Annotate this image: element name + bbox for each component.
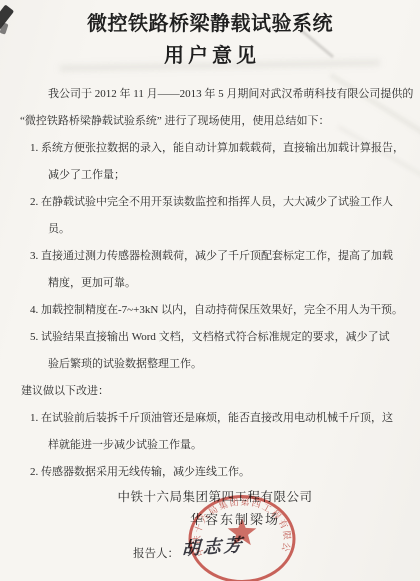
summary-item-3-line-2: 精度，更加可靠。 — [20, 270, 410, 297]
summary-item-2-line-2: 员。 — [20, 216, 410, 243]
summary-item-5-line-1: 5. 试验结果直接输出 Word 文档，文档格式符合标准规定的要求，减少了试 — [20, 324, 410, 351]
summary-item-1-line-2: 减少了工作量； — [20, 162, 410, 189]
summary-item-2-line-1: 2. 在静载试验中完全不用开泵读数监控和指挥人员，大大减少了试验工作人 — [20, 189, 410, 216]
summary-item-4-line-1: 4. 加载控制精度在-7~+3kN 以内，自动持荷保压效果好，完全不用人为干预。 — [20, 297, 410, 324]
company-stamp: 中铁十六局集团第四工程有限公司 — [185, 493, 299, 581]
intro-line-2: “微控铁路桥梁静载试验系统” 进行了现场使用，使用总结如下： — [20, 108, 410, 135]
suggestion-2-line-1: 2. 传感器数据采用无线传输，减少连线工作。 — [20, 459, 410, 486]
summary-item-1-line-1: 1. 系统方便张拉数据的录入，能自动计算加载载荷，直接输出加载计算报告， — [20, 135, 410, 162]
document-page: 微控铁路桥梁静载试验系统 用户意见 我公司于 2012 年 11 月——2013… — [0, 0, 420, 581]
suggestions-heading: 建议做以下改进： — [20, 378, 410, 405]
suggestion-1-line-1: 1. 在试验前后装拆千斤顶油管还是麻烦，能否直接改用电动机械千斤顶，这 — [20, 405, 410, 432]
doc-body: 我公司于 2012 年 11 月——2013 年 5 月期间对武汉希萌科技有限公… — [20, 81, 410, 486]
stamp-ring-text: 中铁十六局集团第四工程有限公司 — [185, 493, 292, 558]
doc-title: 微控铁路桥梁静载试验系统 — [0, 8, 420, 40]
summary-item-5-line-2: 验后繁琐的试验数据整理工作。 — [20, 351, 410, 378]
suggestion-1-line-2: 样就能进一步减少试验工作量。 — [20, 432, 410, 459]
intro-line-1: 我公司于 2012 年 11 月——2013 年 5 月期间对武汉希萌科技有限公… — [20, 81, 410, 108]
stamp-star-icon — [228, 518, 257, 545]
doc-subtitle: 用户意见 — [0, 42, 420, 70]
summary-item-3-line-1: 3. 直接通过测力传感器检测载荷，减少了千斤顶配套标定工作，提高了加载 — [20, 243, 410, 270]
reporter-label: 报告人： — [133, 548, 179, 560]
